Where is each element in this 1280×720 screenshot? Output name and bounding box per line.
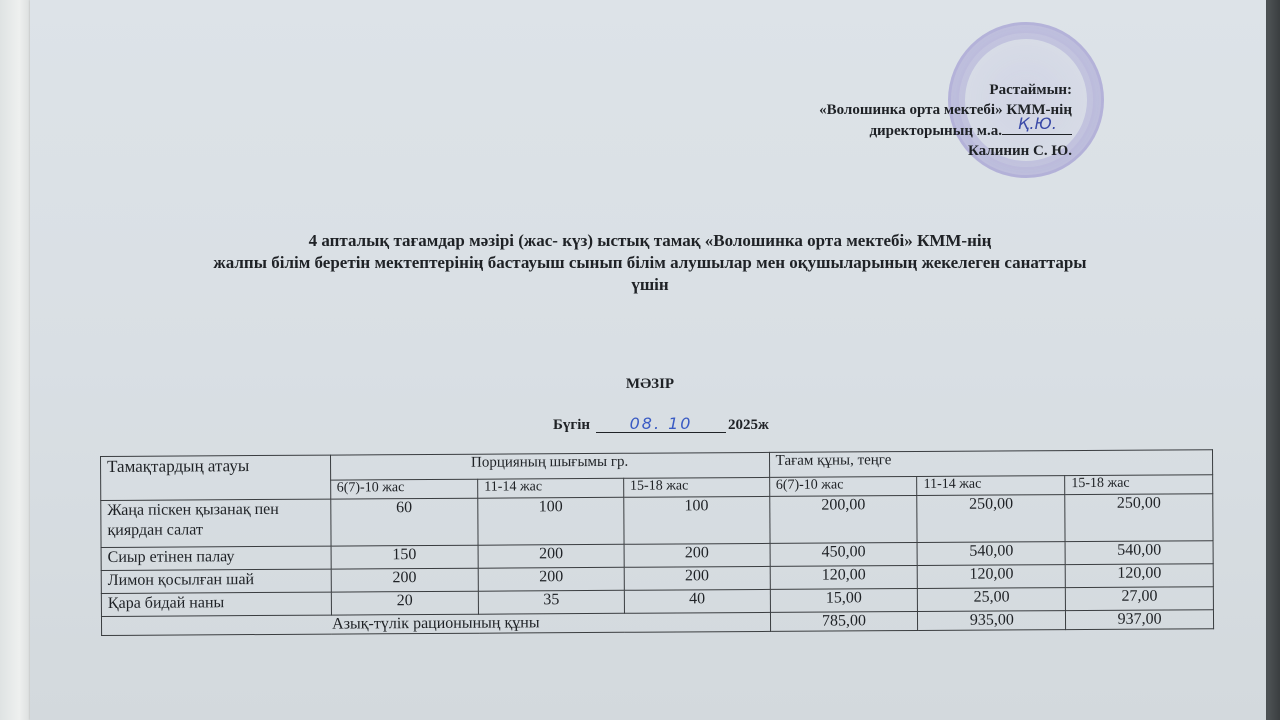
dish-name: Жаңа піскен қызанақ пен қиярдан салат (101, 499, 331, 547)
cost-age-header: 11-14 жас (917, 476, 1065, 496)
director-label: директорының м.а. (869, 123, 1002, 139)
cost-cell: 120,00 (1065, 564, 1213, 588)
portion-cell: 100 (624, 496, 770, 544)
signature: Қ.Ю. (1018, 114, 1057, 134)
cost-cell: 27,00 (1065, 587, 1213, 611)
approval-block: Растаймын: «Волошинка орта мектебі» КММ-… (819, 80, 1072, 161)
approval-line-3: директорының м.а.Қ.Ю. (819, 120, 1072, 141)
menu-heading: МӘЗІР (560, 376, 740, 393)
portion-cell: 60 (330, 498, 478, 546)
cost-cell: 120,00 (918, 565, 1066, 589)
total-cell: 935,00 (918, 611, 1066, 631)
portion-cell: 200 (478, 567, 624, 591)
date-label: Бүгін (553, 417, 590, 434)
portion-cell: 200 (624, 543, 770, 567)
cost-cell: 250,00 (1065, 494, 1213, 542)
handwritten-date: 08. 10 (630, 414, 693, 433)
cost-cell: 120,00 (770, 566, 918, 590)
signature-line: Қ.Ю. (1002, 120, 1072, 135)
portion-cell: 20 (331, 591, 479, 615)
portion-cell: 40 (624, 589, 770, 613)
portion-age-header: 15-18 жас (623, 477, 769, 497)
cost-cell: 540,00 (1065, 541, 1213, 565)
dish-name: Сиыр етінен палау (101, 546, 331, 570)
portion-age-header: 11-14 жас (478, 478, 624, 498)
portion-age-header: 6(7)-10 жас (330, 479, 478, 499)
title-line-3: үшін (100, 274, 1200, 296)
portion-group-header: Порцияның шығымы гр. (330, 452, 769, 480)
cost-cell: 15,00 (770, 589, 918, 613)
cost-cell: 250,00 (917, 495, 1065, 543)
dish-name: Қара бидай наны (101, 592, 331, 616)
date-year: 2025ж (728, 417, 769, 434)
cost-age-header: 15-18 жас (1065, 475, 1213, 495)
background-surface-left (0, 0, 32, 720)
cost-age-header: 6(7)-10 жас (769, 477, 917, 497)
portion-cell: 100 (478, 497, 624, 545)
title-line-1: 4 апталық тағамдар мәзірі (жас- күз) ыст… (100, 230, 1200, 252)
approval-line-4: Калинин С. Ю. (819, 141, 1072, 161)
total-cell: 785,00 (770, 612, 918, 632)
name-column-header: Тамақтардың атауы (101, 455, 331, 500)
total-label: Азық-түлік рационының құны (101, 612, 770, 635)
cost-cell: 540,00 (917, 542, 1065, 566)
table-row: Жаңа піскен қызанақ пен қиярдан салат 60… (101, 494, 1213, 548)
portion-cell: 200 (331, 568, 479, 592)
total-cell: 937,00 (1066, 610, 1214, 630)
portion-cell: 200 (478, 544, 624, 568)
portion-cell: 200 (624, 566, 770, 590)
menu-table: Тамақтардың атауы Порцияның шығымы гр. Т… (100, 449, 1214, 636)
approval-line-1: Растаймын: (819, 80, 1072, 100)
title-line-2: жалпы білім беретін мектептерінің бастау… (100, 252, 1200, 274)
cost-cell: 200,00 (769, 496, 917, 544)
portion-cell: 35 (478, 590, 624, 614)
date-line: Бүгін 08. 10 2025ж (553, 414, 769, 434)
dish-name: Лимон қосылған шай (101, 569, 331, 593)
portion-cell: 150 (331, 545, 479, 569)
date-blank: 08. 10 (596, 414, 726, 433)
cost-cell: 25,00 (918, 588, 1066, 612)
document-title: 4 апталық тағамдар мәзірі (жас- күз) ыст… (100, 230, 1200, 296)
cost-group-header: Тағам құны, теңге (769, 450, 1213, 478)
cost-cell: 450,00 (770, 543, 918, 567)
